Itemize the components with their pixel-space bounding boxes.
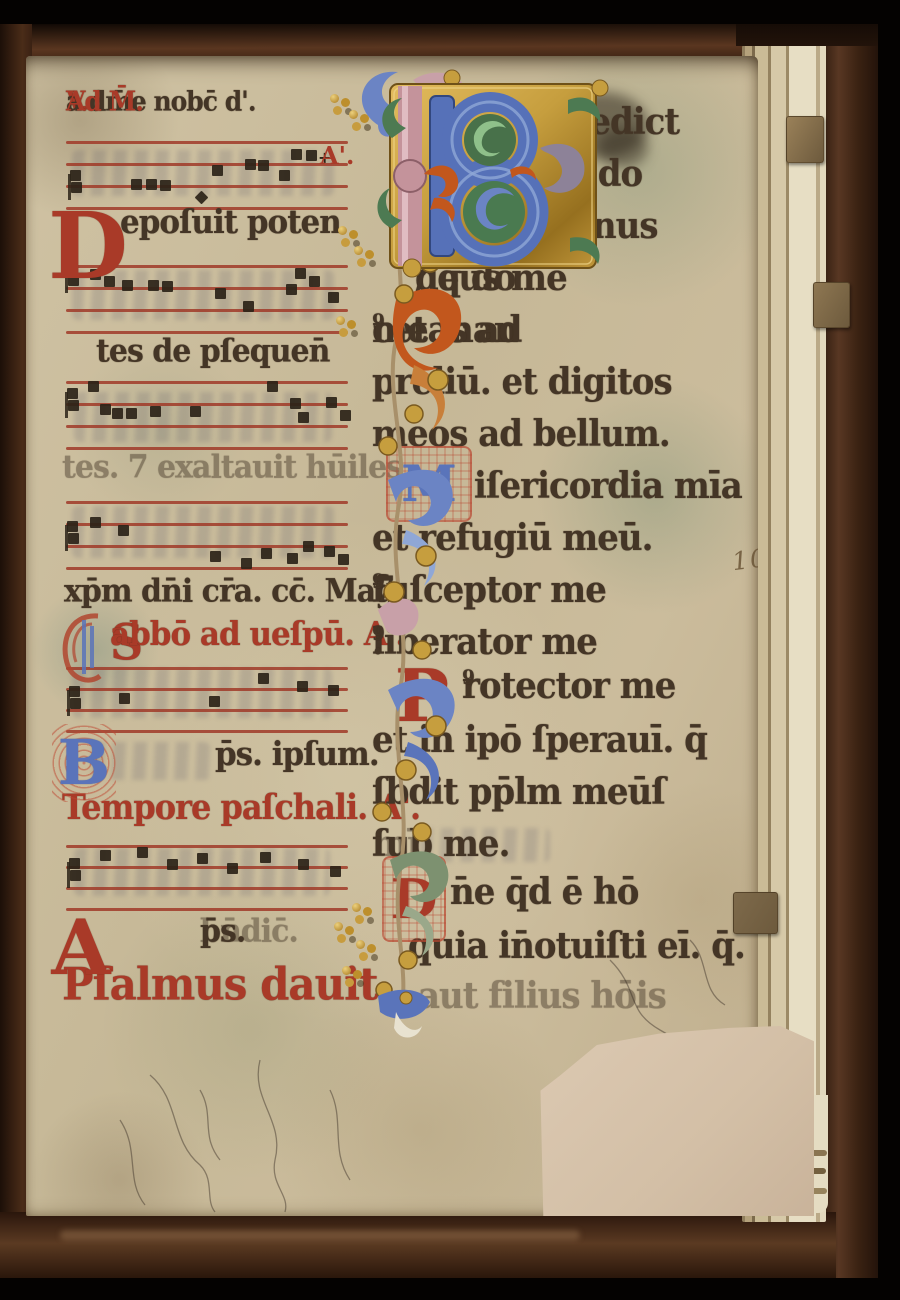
photo-border-top: [0, 0, 900, 24]
parchment-index-tab: [786, 116, 824, 163]
photo-border-right: [878, 0, 900, 1300]
vein-line: [258, 1060, 286, 1212]
parchment-index-tab: [733, 892, 778, 934]
vein-line: [330, 1090, 350, 1180]
vein-line: [120, 1120, 145, 1205]
manuscript-photo: +A'. V. a dm̄e nobc̄ d'. Ad M̄.epoſuit p…: [0, 0, 900, 1300]
vein-line: [150, 1075, 215, 1212]
folio-number: 100: [730, 541, 758, 576]
leather-highlight: [60, 1230, 580, 1240]
binding-leather-bottom-edge: [0, 1212, 836, 1282]
photo-border-bottom: [0, 1278, 900, 1300]
binding-leather-back-cover: [820, 24, 882, 1280]
vein-line: [690, 940, 725, 1005]
vein-line: [200, 1090, 220, 1160]
parchment-index-tab: [813, 282, 850, 328]
